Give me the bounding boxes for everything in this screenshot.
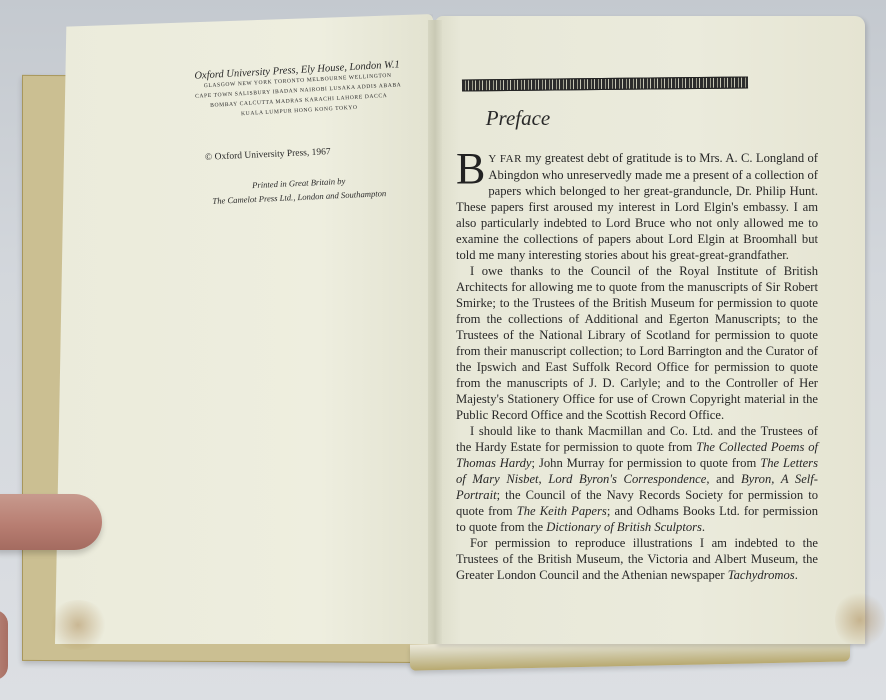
- preface-body: BY FAR my greatest debt of gratitude is …: [456, 150, 818, 583]
- foxing-stain-right: [835, 590, 885, 650]
- paragraph-text: my greatest debt of gratitude is to Mrs.…: [456, 151, 818, 262]
- drop-cap: B: [456, 152, 485, 186]
- italic-title: Lord Byron's Correspondence: [548, 472, 706, 486]
- paragraph: BY FAR my greatest debt of gratitude is …: [456, 150, 818, 263]
- text-run: , and: [706, 472, 741, 486]
- text-run: .: [702, 520, 705, 534]
- holding-thumb: [0, 610, 8, 680]
- italic-title: Tachydromos: [728, 568, 795, 582]
- italic-title: The Keith Papers: [517, 504, 607, 518]
- paragraph: For permission to reproduce illustration…: [456, 535, 818, 583]
- text-run: ; John Murray for permission to quote fr…: [532, 456, 761, 470]
- paragraph: I should like to thank Macmillan and Co.…: [456, 423, 818, 535]
- photo-scene: Oxford University Press, Ely House, Lond…: [0, 0, 886, 700]
- small-caps-lead: Y FAR: [488, 153, 522, 165]
- paragraph: I owe thanks to the Council of the Royal…: [456, 263, 818, 423]
- text-run: .: [795, 568, 798, 582]
- text-run: ,: [539, 472, 549, 486]
- page-title: Preface: [0, 106, 886, 131]
- italic-title: Dictionary of British Sculptors: [546, 520, 702, 534]
- foxing-stain-left: [48, 600, 108, 650]
- paragraph-text: I owe thanks to the Council of the Royal…: [456, 264, 818, 422]
- holding-finger: [0, 494, 102, 550]
